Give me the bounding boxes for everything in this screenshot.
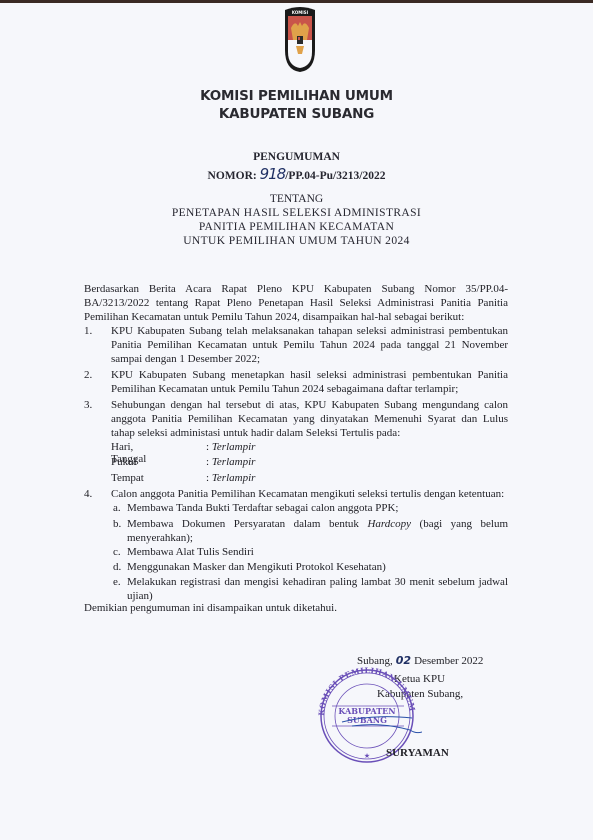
- title-line: PENETAPAN HASIL SELEKSI ADMINISTRASI: [0, 207, 593, 219]
- requirement-item: e. Melakukan registrasi dan mengisi keha…: [113, 575, 508, 603]
- list-item: 4. Calon anggota Panitia Pemilihan Kecam…: [84, 487, 508, 501]
- announcement-label: PENGUMUMAN: [0, 151, 593, 163]
- closing-sentence: Demikian pengumuman ini disampaikan untu…: [84, 602, 337, 614]
- svg-text:★: ★: [364, 752, 370, 760]
- org-region: KABUPATEN SUBANG: [0, 106, 593, 122]
- svg-text:KOMISI: KOMISI: [292, 10, 309, 15]
- title-line: UNTUK PEMILIHAN UMUM TAHUN 2024: [0, 235, 593, 247]
- list-item: 3. Sehubungan dengan hal tersebut di ata…: [84, 398, 508, 441]
- requirement-item: a. Membawa Tanda Bukti Terdaftar sebagai…: [113, 501, 508, 515]
- handwritten-number: 918: [260, 165, 286, 183]
- list-item: 1. KPU Kabupaten Subang telah melaksanak…: [84, 324, 508, 367]
- list-item: 2. KPU Kabupaten Subang menetapkan hasil…: [84, 368, 508, 396]
- requirement-item: b. Membawa Dokumen Persyaratan dalam ben…: [113, 517, 508, 545]
- about-label: TENTANG: [0, 193, 593, 205]
- org-name: KOMISI PEMILIHAN UMUM: [0, 88, 593, 104]
- intro-paragraph: Berdasarkan Berita Acara Rapat Pleno KPU…: [84, 282, 508, 325]
- kpu-emblem-icon: KOMISI: [283, 6, 317, 74]
- title-line: PANITIA PEMILIHAN KECAMATAN: [0, 221, 593, 233]
- announcement-number: NOMOR: 918/PP.04-Pu/3213/2022: [0, 165, 593, 183]
- requirement-item: d. Menggunakan Masker dan Mengikuti Prot…: [113, 560, 508, 574]
- requirement-item: c. Membawa Alat Tulis Sendiri: [113, 545, 508, 559]
- signer-name: SURYAMAN: [386, 747, 449, 759]
